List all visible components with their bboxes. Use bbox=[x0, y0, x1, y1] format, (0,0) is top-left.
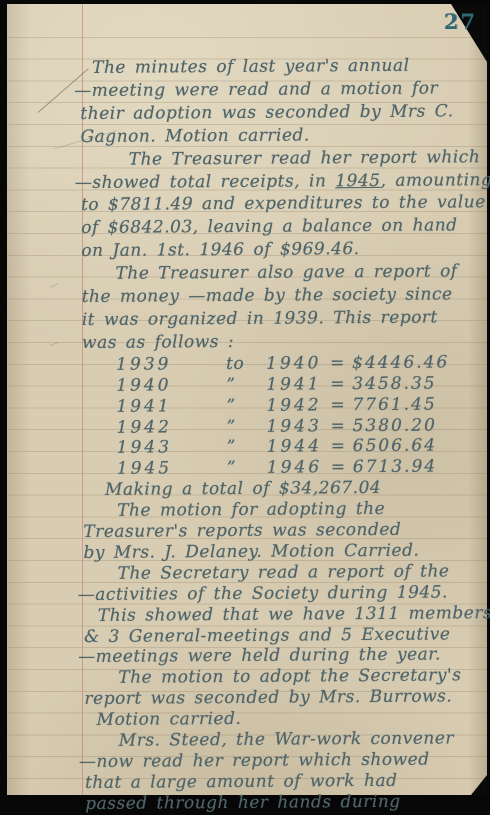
text-line: The Treasurer read her report which bbox=[129, 146, 490, 171]
amount: 5380.20 bbox=[353, 415, 437, 436]
year-from: 1941 bbox=[116, 396, 226, 418]
pencil-mark bbox=[50, 283, 59, 288]
equals-sign: = bbox=[331, 416, 353, 437]
amount: 6713.94 bbox=[353, 457, 437, 478]
text-line: —now read her report which showed bbox=[79, 749, 490, 773]
year-to: 1942 bbox=[266, 395, 330, 416]
amount: 7761.45 bbox=[352, 394, 436, 415]
equals-sign: = bbox=[331, 437, 353, 458]
year-to: 1940 bbox=[266, 353, 330, 374]
ditto-mark: ” bbox=[227, 437, 267, 458]
year-to: 1946 bbox=[267, 458, 331, 479]
text-line: their adoption was seconded by Mrs C. bbox=[80, 100, 490, 126]
ditto-mark: ” bbox=[227, 416, 267, 437]
minutes-lower-section: 1939to1940=$4446.46 1940”1941=3458.35 19… bbox=[82, 352, 490, 800]
ledger-row: 1939to1940=$4446.46 bbox=[116, 352, 490, 376]
text-line: report was seconded by Mrs. Burrows. bbox=[84, 686, 490, 710]
text-line: This showed that we have 1311 members bbox=[98, 603, 490, 627]
amount: 6506.64 bbox=[353, 436, 437, 457]
ledger-row: 1945”1946=6713.94 bbox=[117, 456, 490, 480]
text-line: —activities of the Society during 1945. bbox=[78, 582, 490, 606]
text-line: The motion for adopting the bbox=[117, 498, 490, 522]
text-line: The minutes of last year's annual bbox=[92, 54, 490, 80]
text-line: to $7811.49 and expenditures to the valu… bbox=[81, 192, 490, 218]
ledger-row: 1941”1942=7761.45 bbox=[116, 394, 490, 418]
handwritten-minutes-text: The minutes of last year's annual —meeti… bbox=[80, 54, 490, 800]
text-line: —meetings were held during the year. bbox=[78, 645, 490, 669]
year-to: 1941 bbox=[266, 374, 330, 395]
text-line: the money —made by the society since bbox=[82, 283, 490, 309]
equals-sign: = bbox=[330, 353, 352, 374]
ledger-row: 1940”1941=3458.35 bbox=[116, 373, 490, 397]
ditto-mark: ” bbox=[227, 458, 267, 479]
year-from: 1945 bbox=[117, 458, 227, 480]
ledger-row: 1943”1944=6506.64 bbox=[117, 435, 490, 459]
ditto-mark: ” bbox=[226, 395, 266, 416]
text-line: & 3 General-meetings and 5 Executive bbox=[84, 624, 490, 648]
ditto-mark: ” bbox=[226, 374, 266, 395]
text-line: it was organized in 1939. This report bbox=[82, 306, 490, 332]
text-line: The Secretary read a report of the bbox=[118, 561, 490, 585]
ledger-row: 1942”1943=5380.20 bbox=[117, 415, 490, 439]
text-line: —meeting were read and a motion for bbox=[74, 77, 490, 103]
text-segment: , amounting bbox=[380, 170, 490, 191]
text-line: was as follows : bbox=[82, 329, 490, 355]
pencil-mark bbox=[50, 342, 59, 346]
page-number: 27 bbox=[444, 9, 477, 34]
text-line: The Treasurer also gave a report of bbox=[115, 260, 490, 286]
year-to: 1943 bbox=[267, 416, 331, 437]
text-line: on Jan. 1st. 1946 of $969.46. bbox=[81, 237, 490, 263]
text-line: Motion carried. bbox=[97, 707, 490, 731]
text-line: by Mrs. J. Delaney. Motion Carried. bbox=[83, 540, 490, 564]
amount: 3458.35 bbox=[352, 373, 436, 394]
text-line: Treasurer's reports was seconded bbox=[83, 519, 490, 543]
underlined-year: 1945 bbox=[335, 170, 380, 190]
conjunction: to bbox=[226, 353, 266, 374]
text-line: —showed total receipts, in 1945, amounti… bbox=[75, 169, 490, 195]
equals-sign: = bbox=[330, 374, 352, 395]
year-from: 1942 bbox=[117, 416, 227, 438]
equals-sign: = bbox=[330, 395, 352, 416]
year-from: 1943 bbox=[117, 437, 227, 459]
minutes-paragraphs-top: The minutes of last year's annual —meeti… bbox=[80, 54, 490, 355]
amount: $4446.46 bbox=[352, 352, 449, 374]
year-from: 1939 bbox=[116, 354, 226, 376]
text-line: of $6842.03, leaving a balance on hand bbox=[81, 214, 490, 240]
text-line: that a large amount of work had bbox=[85, 770, 490, 794]
ledger-total-line: Making a total of $34,267.04 bbox=[105, 477, 490, 501]
text-line: Gagnon. Motion carried. bbox=[80, 123, 490, 149]
year-from: 1940 bbox=[116, 375, 226, 397]
text-segment: —showed total receipts, in bbox=[75, 171, 336, 193]
equals-sign: = bbox=[331, 457, 353, 478]
text-line: The motion to adopt the Secretary's bbox=[118, 665, 490, 689]
year-to: 1944 bbox=[267, 437, 331, 458]
text-line: Mrs. Steed, the War-work convener bbox=[119, 728, 490, 752]
